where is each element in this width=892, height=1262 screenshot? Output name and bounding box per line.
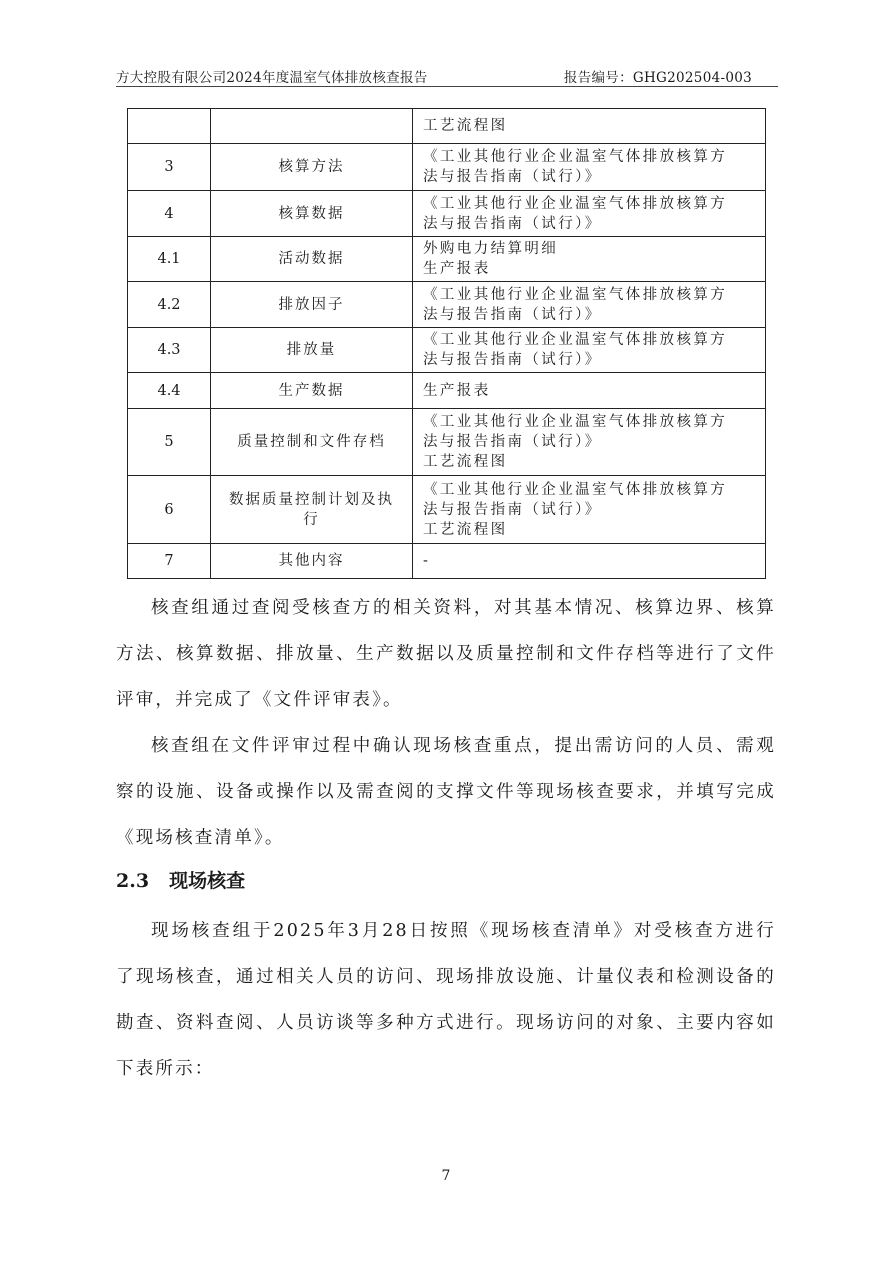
cell-number: 4.1 [128,237,211,282]
cell-review-item: 排放量 [211,328,413,373]
cell-number [128,109,211,144]
document-line: 《工业其他行业企业温室气体排放核算方 [423,285,761,305]
table-row: 3核算方法《工业其他行业企业温室气体排放核算方法与报告指南（试行）》 [128,144,766,191]
cell-number: 4 [128,191,211,237]
cell-documents: - [413,544,766,579]
table-row: 4.2排放因子《工业其他行业企业温室气体排放核算方法与报告指南（试行）》 [128,282,766,328]
header-title: 方大控股有限公司2024年度温室气体排放核查报告 [116,66,428,86]
document-line: 工艺流程图 [423,116,761,136]
document-line: - [423,551,761,571]
section-title: 现场核查 [169,870,245,892]
cell-documents: 《工业其他行业企业温室气体排放核算方法与报告指南（试行）》 [413,191,766,237]
cell-number: 4.3 [128,328,211,373]
table-row: 4.1活动数据外购电力结算明细生产报表 [128,237,766,282]
table-row: 4.4生产数据生产报表 [128,373,766,409]
page-number: 7 [0,1168,892,1184]
cell-number: 6 [128,476,211,544]
document-line: 生产报表 [423,381,761,401]
section-heading: 2.3现场核查 [116,866,245,893]
cell-documents: 外购电力结算明细生产报表 [413,237,766,282]
table-row: 工艺流程图 [128,109,766,144]
page-header: 方大控股有限公司2024年度温室气体排放核查报告 报告编号：GHG202504-… [116,66,778,87]
table-row: 7其他内容- [128,544,766,579]
document-line: 《工业其他行业企业温室气体排放核算方 [423,194,761,214]
cell-review-item: 活动数据 [211,237,413,282]
cell-review-item: 核算数据 [211,191,413,237]
cell-documents: 工艺流程图 [413,109,766,144]
document-line: 工艺流程图 [423,520,761,540]
document-line: 生产报表 [423,259,761,279]
table-row: 5质量控制和文件存档《工业其他行业企业温室气体排放核算方法与报告指南（试行）》工… [128,409,766,476]
cell-number: 4.4 [128,373,211,409]
cell-review-item: 其他内容 [211,544,413,579]
document-line: 外购电力结算明细 [423,239,761,259]
cell-review-item: 数据质量控制计划及执行 [211,476,413,544]
cell-documents: 生产报表 [413,373,766,409]
cell-number: 7 [128,544,211,579]
cell-documents: 《工业其他行业企业温室气体排放核算方法与报告指南（试行）》 [413,144,766,191]
document-line: 法与报告指南（试行）》 [423,214,761,234]
cell-documents: 《工业其他行业企业温室气体排放核算方法与报告指南（试行）》 [413,328,766,373]
cell-review-item: 质量控制和文件存档 [211,409,413,476]
paragraph-site-check: 现场核查组于2025年3月28日按照《现场核查清单》对受核查方进行了现场核查，通… [116,908,776,1092]
cell-review-item [211,109,413,144]
cell-documents: 《工业其他行业企业温室气体排放核算方法与报告指南（试行）》工艺流程图 [413,409,766,476]
document-line: 法与报告指南（试行）》 [423,432,761,452]
review-item-line: 数据质量控制计划及执 [211,490,412,510]
document-line: 《工业其他行业企业温室气体排放核算方 [423,330,761,350]
cell-documents: 《工业其他行业企业温室气体排放核算方法与报告指南（试行）》工艺流程图 [413,476,766,544]
header-report-number: 报告编号：GHG202504-003 [564,66,752,86]
table-row: 6数据质量控制计划及执行《工业其他行业企业温室气体排放核算方法与报告指南（试行）… [128,476,766,544]
cell-number: 3 [128,144,211,191]
document-line: 《工业其他行业企业温室气体排放核算方 [423,147,761,167]
document-review-table: 工艺流程图3核算方法《工业其他行业企业温室气体排放核算方法与报告指南（试行）》4… [127,108,766,579]
document-line: 《工业其他行业企业温室气体排放核算方 [423,480,761,500]
document-line: 《工业其他行业企业温室气体排放核算方 [423,412,761,432]
cell-review-item: 核算方法 [211,144,413,191]
table-row: 4.3排放量《工业其他行业企业温室气体排放核算方法与报告指南（试行）》 [128,328,766,373]
paragraph-site-check-plan: 核查组在文件评审过程中确认现场核查重点，提出需访问的人员、需观察的设施、设备或操… [116,723,776,861]
document-line: 法与报告指南（试行）》 [423,500,761,520]
cell-number: 5 [128,409,211,476]
review-item-line: 行 [211,510,412,530]
table-row: 4核算数据《工业其他行业企业温室气体排放核算方法与报告指南（试行）》 [128,191,766,237]
document-line: 法与报告指南（试行）》 [423,167,761,187]
paragraph-document-review: 核查组通过查阅受核查方的相关资料，对其基本情况、核算边界、核算方法、核算数据、排… [116,585,776,723]
section-number: 2.3 [116,870,149,892]
cell-documents: 《工业其他行业企业温室气体排放核算方法与报告指南（试行）》 [413,282,766,328]
document-line: 法与报告指南（试行）》 [423,350,761,370]
document-line: 法与报告指南（试行）》 [423,305,761,325]
cell-review-item: 排放因子 [211,282,413,328]
cell-number: 4.2 [128,282,211,328]
document-line: 工艺流程图 [423,452,761,472]
cell-review-item: 生产数据 [211,373,413,409]
